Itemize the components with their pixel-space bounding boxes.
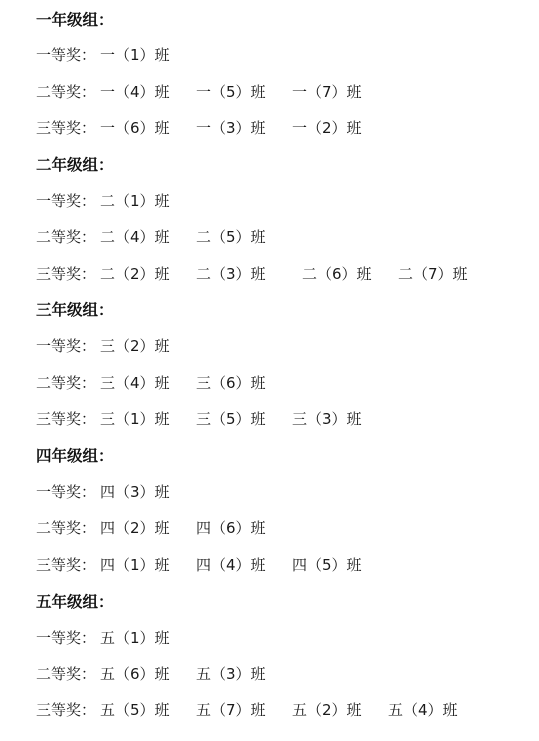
class-entry: 五（3）班 (196, 662, 266, 686)
class-entry: 三（1）班 (100, 407, 170, 431)
group-heading-grade-4: 四年级组： (36, 444, 114, 468)
class-entry: 二（2）班 (100, 262, 170, 286)
class-entry: 一（5）班 (196, 80, 266, 104)
prize-label: 二等奖： (36, 371, 96, 395)
class-entry: 一（4）班 (100, 80, 170, 104)
prize-label: 一等奖： (36, 189, 96, 213)
class-entry: 一（2）班 (292, 116, 362, 140)
group-heading-grade-3: 三年级组： (36, 298, 114, 322)
award-list-document: 一年级组： 一等奖： 一（1）班 二等奖： 一（4）班 一（5）班 一（7）班 … (0, 0, 539, 741)
class-entry: 四（5）班 (292, 553, 362, 577)
prize-label: 二等奖： (36, 662, 96, 686)
prize-label: 三等奖： (36, 553, 96, 577)
class-entry: 二（6）班 (302, 262, 372, 286)
class-entry: 三（4）班 (100, 371, 170, 395)
class-entry: 二（4）班 (100, 225, 170, 249)
class-entry: 五（4）班 (388, 698, 458, 722)
class-entry: 四（2）班 (100, 516, 170, 540)
class-entry: 一（1）班 (100, 43, 170, 67)
class-entry: 五（1）班 (100, 626, 170, 650)
group-heading-grade-2: 二年级组： (36, 153, 114, 177)
prize-label: 一等奖： (36, 334, 96, 358)
prize-label: 三等奖： (36, 116, 96, 140)
prize-label: 一等奖： (36, 43, 96, 67)
group-heading-grade-5: 五年级组： (36, 590, 114, 614)
class-entry: 三（6）班 (196, 371, 266, 395)
class-entry: 五（2）班 (292, 698, 362, 722)
class-entry: 三（2）班 (100, 334, 170, 358)
class-entry: 二（3）班 (196, 262, 266, 286)
prize-label: 一等奖： (36, 626, 96, 650)
class-entry: 五（5）班 (100, 698, 170, 722)
class-entry: 四（3）班 (100, 480, 170, 504)
class-entry: 四（4）班 (196, 553, 266, 577)
class-entry: 一（7）班 (292, 80, 362, 104)
prize-label: 二等奖： (36, 516, 96, 540)
group-heading-grade-1: 一年级组： (36, 8, 114, 32)
class-entry: 二（1）班 (100, 189, 170, 213)
prize-label: 三等奖： (36, 262, 96, 286)
class-entry: 四（1）班 (100, 553, 170, 577)
prize-label: 三等奖： (36, 407, 96, 431)
class-entry: 一（3）班 (196, 116, 266, 140)
class-entry: 四（6）班 (196, 516, 266, 540)
class-entry: 二（7）班 (398, 262, 468, 286)
class-entry: 五（7）班 (196, 698, 266, 722)
class-entry: 三（3）班 (292, 407, 362, 431)
class-entry: 五（6）班 (100, 662, 170, 686)
class-entry: 二（5）班 (196, 225, 266, 249)
class-entry: 一（6）班 (100, 116, 170, 140)
class-entry: 三（5）班 (196, 407, 266, 431)
prize-label: 二等奖： (36, 80, 96, 104)
prize-label: 三等奖： (36, 698, 96, 722)
prize-label: 一等奖： (36, 480, 96, 504)
prize-label: 二等奖： (36, 225, 96, 249)
